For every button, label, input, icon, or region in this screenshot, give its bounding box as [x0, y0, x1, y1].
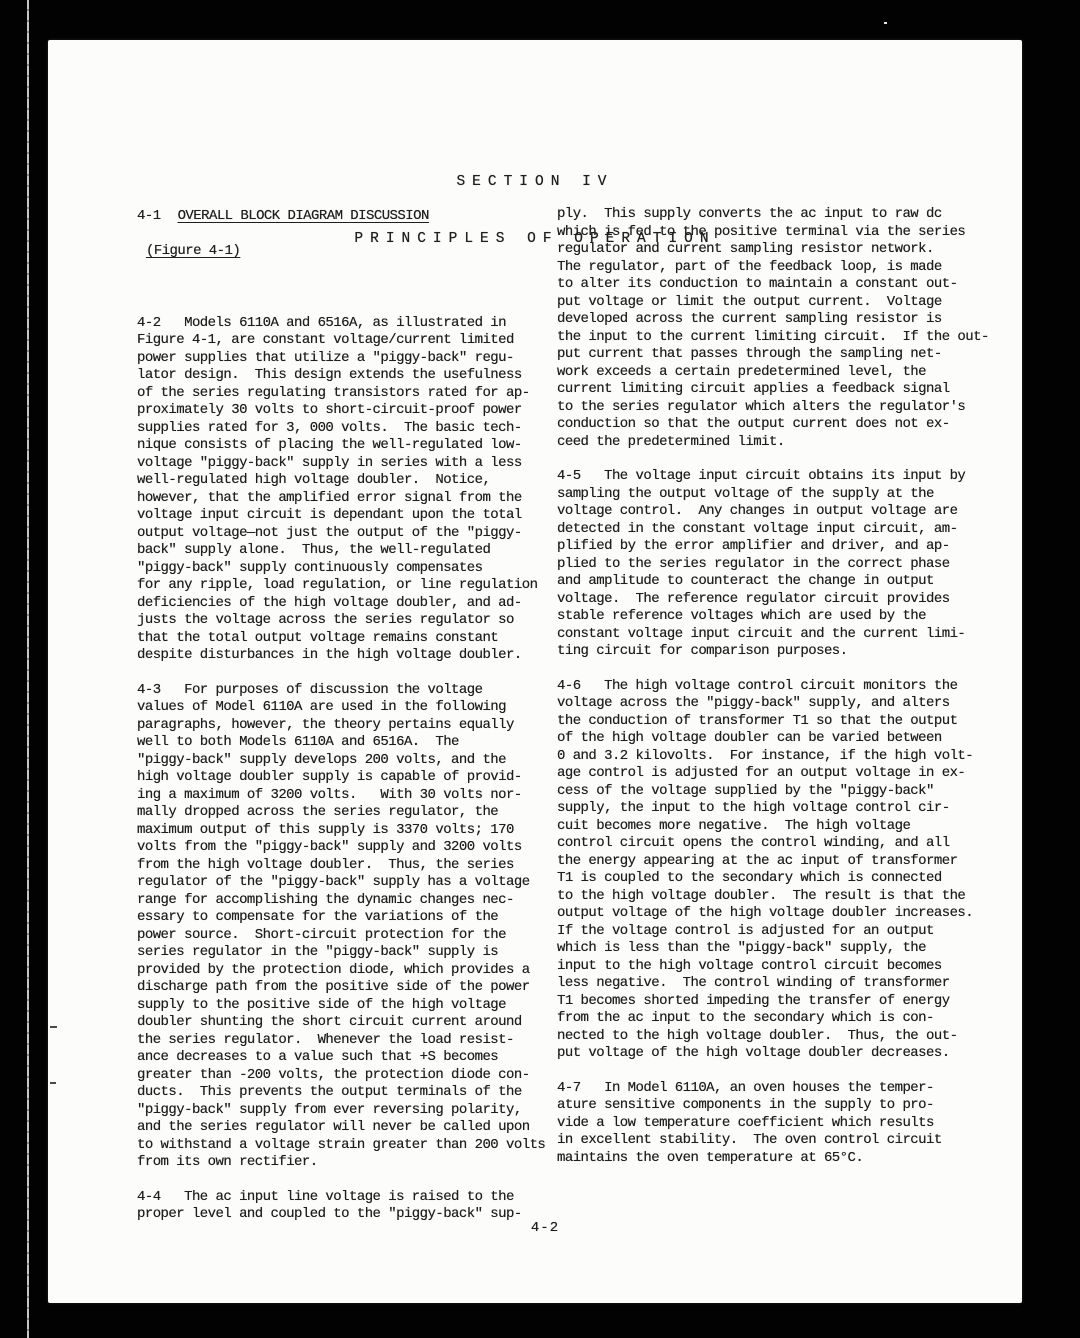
document-page: SECTION IV PRINCIPLES OF OPERATION 4-1OV…	[48, 40, 1022, 1303]
paragraph-4-3: 4-3 For purposes of discussion the volta…	[137, 682, 569, 1172]
scan-speckle	[50, 1082, 56, 1084]
heading-subtitle-row: (Figure 4-1)	[137, 243, 569, 261]
film-edge-line	[27, 0, 29, 1338]
heading-subtitle: (Figure 4-1)	[146, 243, 240, 259]
page-number: 4-2	[58, 1220, 1032, 1236]
paragraph-4-2: 4-2 Models 6110A and 6516A, as illustrat…	[137, 315, 569, 665]
paragraph-4-4: 4-4 The ac input line voltage is raised …	[137, 1189, 569, 1224]
scan-background: SECTION IV PRINCIPLES OF OPERATION 4-1OV…	[0, 0, 1080, 1338]
scan-speckle	[50, 1026, 57, 1028]
paragraph-4-4-continuation: ply. This supply converts the ac input t…	[557, 206, 989, 451]
heading-number: 4-1	[137, 208, 161, 224]
section-title-line1: SECTION IV	[89, 173, 981, 192]
paragraph-4-6: 4-6 The high voltage control circuit mon…	[557, 678, 989, 1063]
paragraph-4-5: 4-5 The voltage input circuit obtains it…	[557, 468, 989, 661]
left-column: 4-1OVERALL BLOCK DIAGRAM DISCUSSION (Fig…	[137, 208, 569, 1241]
heading-title: OVERALL BLOCK DIAGRAM DISCUSSION	[178, 208, 429, 224]
scan-speckle	[884, 22, 887, 24]
right-column: ply. This supply converts the ac input t…	[557, 206, 989, 1184]
heading-4-1: 4-1OVERALL BLOCK DIAGRAM DISCUSSION (Fig…	[137, 208, 569, 296]
paragraph-4-7: 4-7 In Model 6110A, an oven houses the t…	[557, 1080, 989, 1168]
